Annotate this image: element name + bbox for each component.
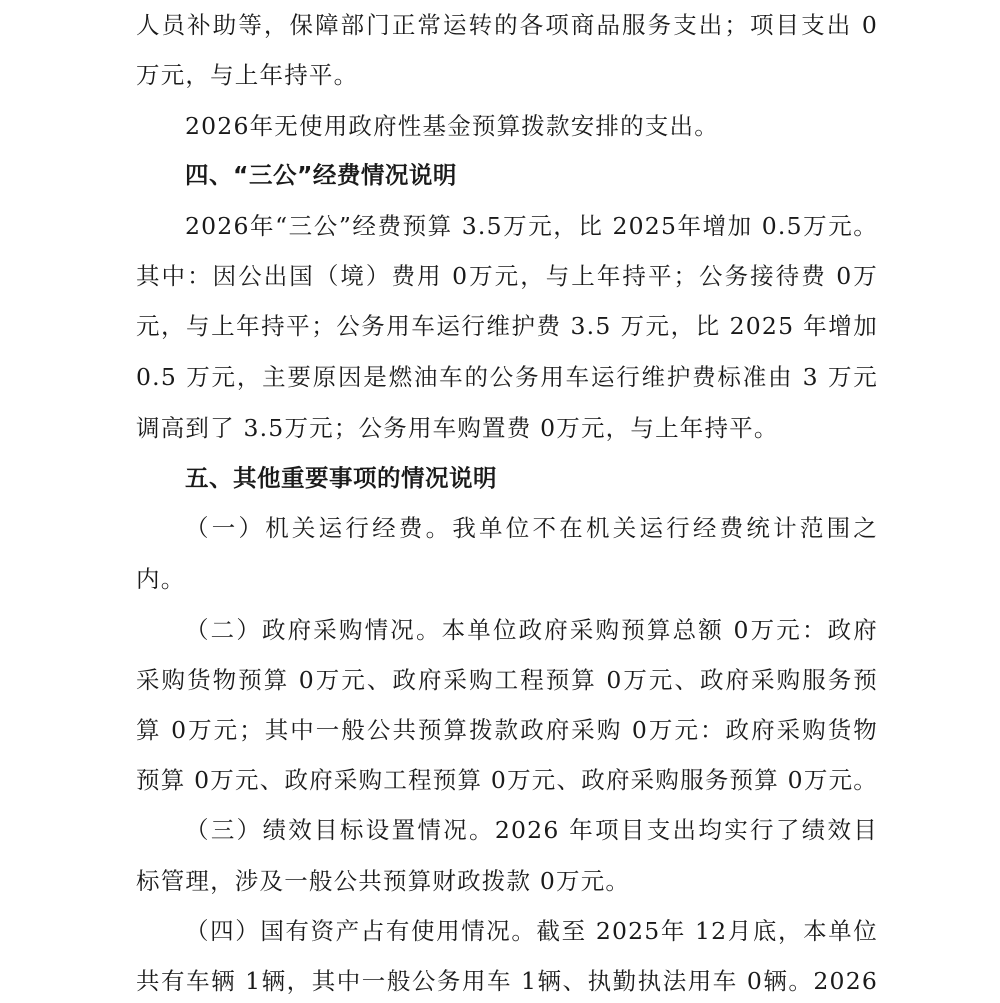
body-line: 2026年“三公”经费预算 3.5万元，比 2025年增加 0.5万元。: [185, 201, 878, 251]
body-line: 标管理，涉及一般公共预算财政拨款 0万元。: [136, 856, 630, 906]
body-line: （二）政府采购情况。本单位政府采购预算总额 0万元：政府: [185, 605, 878, 655]
body-line: 2026年无使用政府性基金预算拨款安排的支出。: [185, 101, 719, 151]
body-line: 预算 0万元、政府采购工程预算 0万元、政府采购服务预算 0万元。: [136, 755, 878, 805]
body-line: （四）国有资产占有使用情况。截至 2025年 12月底，本单位: [185, 906, 878, 956]
body-line: 其中：因公出国（境）费用 0万元，与上年持平；公务接待费 0万: [136, 251, 878, 301]
body-line: 采购货物预算 0万元、政府采购工程预算 0万元、政府采购服务预: [136, 655, 878, 705]
body-line: 万元，与上年持平。: [136, 50, 358, 100]
body-line: （三）绩效目标设置情况。2026 年项目支出均实行了绩效目: [185, 805, 878, 855]
body-line: （一）机关运行经费。我单位不在机关运行经费统计范围之: [185, 503, 878, 553]
body-line: 人员补助等，保障部门正常运转的各项商品服务支出；项目支出 0: [136, 0, 878, 50]
body-line: 内。: [136, 554, 185, 604]
body-line: 共有车辆 1辆，其中一般公务用车 1辆、执勤执法用车 0辆。2026: [136, 956, 878, 1003]
section-heading-five: 五、其他重要事项的情况说明: [185, 453, 497, 503]
body-line: 元，与上年持平；公务用车运行维护费 3.5 万元，比 2025 年增加: [136, 301, 878, 351]
body-line: 算 0万元；其中一般公共预算拨款政府采购 0万元：政府采购货物: [136, 705, 878, 755]
section-heading-four: 四、“三公”经费情况说明: [185, 150, 457, 200]
body-line: 调高到了 3.5万元；公务用车购置费 0万元，与上年持平。: [136, 403, 779, 453]
body-line: 0.5 万元，主要原因是燃油车的公务用车运行维护费标准由 3 万元: [136, 352, 878, 402]
